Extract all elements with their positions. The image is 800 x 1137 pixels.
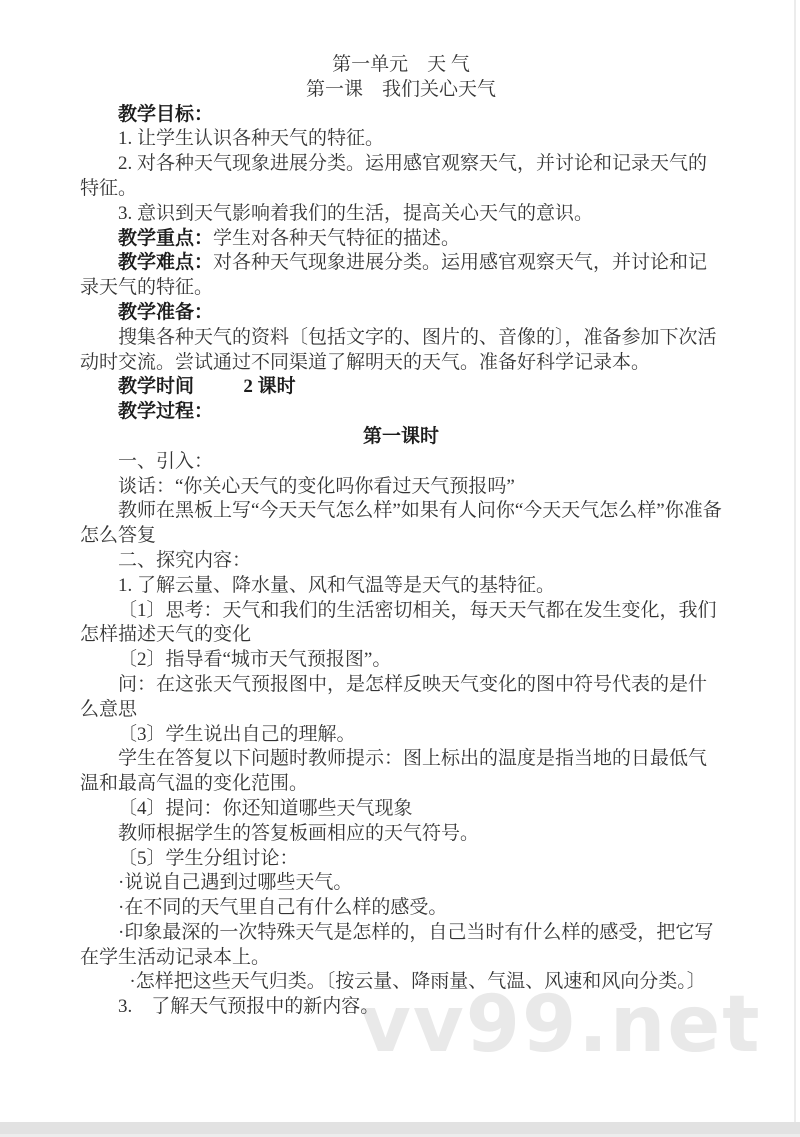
explore-item-3-text: 3. 了解天气预报中的新内容。 [118, 996, 379, 1017]
teaching-time: 教学时间2 课时 [80, 375, 722, 400]
heading-teaching-preparation: 教学准备： [80, 301, 722, 326]
explore-step-5-text: 〔5〕学生分组讨论： [118, 848, 299, 869]
lesson-title: 第一课 我们关心天气 [80, 78, 722, 103]
explore-item-1: 1. 了解云量、降水量、风和气温等是天气的基特征。 [80, 574, 722, 599]
intro-teacher-writes: 教师在黑板上写“今天天气怎么样”如果有人问你“今天天气怎么样”你准备怎么答复 [80, 499, 722, 549]
discussion-bullet-4: ·怎样把这些天气归类。〔按云量、降雨量、气温、风速和风向分类。〕 [80, 970, 722, 995]
page-right-edge [794, 0, 796, 1122]
explore-item-3: 3. 了解天气预报中的新内容。 [80, 995, 722, 1020]
section-1-intro-text: 一、引入： [118, 451, 213, 472]
teaching-focus: 教学重点：学生对各种天气特征的描述。 [80, 227, 722, 252]
heading-teaching-goals: 教学目标： [80, 103, 722, 128]
teacher-draws-symbols: 教师根据学生的答复板画相应的天气符号。 [80, 822, 722, 847]
heading-teaching-process: 教学过程： [80, 400, 722, 425]
explore-step-1: 〔1〕思考：天气和我们的生活密切相关，每天天气都在发生变化，我们怎样描述天气的变… [80, 599, 722, 649]
goal-item-3-text: 3. 意识到天气影响着我们的生活，提高关心天气的意识。 [118, 203, 593, 224]
teaching-focus-label: 教学重点： [118, 228, 213, 249]
teaching-time-label: 教学时间 [118, 376, 194, 397]
unit-title: 第一单元 天 气 [80, 53, 722, 78]
heading-teaching-preparation-text: 教学准备： [118, 302, 213, 323]
section-2-explore: 二、探究内容： [80, 549, 722, 574]
explore-step-4: 〔4〕提问：你还知道哪些天气现象 [80, 797, 722, 822]
discussion-bullet-1: ·说说自己遇到过哪些天气。 [80, 871, 722, 896]
preparation-text: 搜集各种天气的资料〔包括文字的、图片的、音像的〕，准备参加下次活动时交流。尝试通… [80, 326, 722, 376]
explore-step-4-text: 〔4〕提问：你还知道哪些天气现象 [118, 798, 413, 819]
intro-teacher-writes-text: 教师在黑板上写“今天天气怎么样”如果有人问你“今天天气怎么样”你准备怎么答复 [80, 500, 722, 546]
teacher-draws-symbols-text: 教师根据学生的答复板画相应的天气符号。 [118, 823, 479, 844]
discussion-bullet-2-text: ·在不同的天气里自己有什么样的感受。 [118, 897, 447, 918]
section-1-intro: 一、引入： [80, 450, 722, 475]
explore-step-1-text: 〔1〕思考：天气和我们的生活密切相关，每天天气都在发生变化，我们怎样描述天气的变… [80, 600, 717, 646]
discussion-bullet-4-text: ·怎样把这些天气归类。〔按云量、降雨量、气温、风速和风向分类。〕 [129, 971, 705, 992]
teaching-time-value: 2 课时 [243, 376, 295, 397]
teacher-hint: 学生在答复以下问题时教师提示：图上标出的温度是指当地的日最低气温和最高气温的变化… [80, 747, 722, 797]
discussion-bullet-2: ·在不同的天气里自己有什么样的感受。 [80, 896, 722, 921]
explore-step-3: 〔3〕学生说出自己的理解。 [80, 723, 722, 748]
intro-talk: 谈话：“你关心天气的变化吗你看过天气预报吗” [80, 475, 722, 500]
goal-item-1: 1. 让学生认识各种天气的特征。 [80, 127, 722, 152]
explore-question: 问：在这张天气预报图中，是怎样反映天气变化的图中符号代表的是什么意思 [80, 673, 722, 723]
heading-teaching-process-text: 教学过程： [118, 401, 213, 422]
lesson-title-text: 第一课 我们关心天气 [306, 79, 496, 100]
preparation-text-text: 搜集各种天气的资料〔包括文字的、图片的、音像的〕，准备参加下次活动时交流。尝试通… [80, 327, 717, 373]
teacher-hint-text: 学生在答复以下问题时教师提示：图上标出的温度是指当地的日最低气温和最高气温的变化… [80, 748, 707, 794]
footer-scroll-bar [0, 1122, 800, 1134]
teaching-difficulty-label: 教学难点： [118, 252, 213, 273]
teaching-focus-text: 学生对各种天气特征的描述。 [213, 228, 460, 249]
explore-step-2: 〔2〕指导看“城市天气预报图”。 [80, 648, 722, 673]
discussion-bullet-1-text: ·说说自己遇到过哪些天气。 [118, 872, 352, 893]
session-title: 第一课时 [80, 425, 722, 450]
unit-title-text: 第一单元 天 气 [332, 54, 470, 75]
explore-step-3-text: 〔3〕学生说出自己的理解。 [118, 724, 356, 745]
goal-item-2: 2. 对各种天气现象进展分类。运用感官观察天气，并讨论和记录天气的特征。 [80, 152, 722, 202]
explore-step-2-text: 〔2〕指导看“城市天气预报图”。 [118, 649, 391, 670]
intro-talk-text: 谈话：“你关心天气的变化吗你看过天气预报吗” [118, 476, 515, 497]
teaching-difficulty: 教学难点：对各种天气现象进展分类。运用感官观察天气，并讨论和记录天气的特征。 [80, 251, 722, 301]
goal-item-2-text: 2. 对各种天气现象进展分类。运用感官观察天气，并讨论和记录天气的特征。 [80, 153, 707, 199]
explore-item-1-text: 1. 了解云量、降水量、风和气温等是天气的基特征。 [118, 575, 555, 596]
explore-step-5: 〔5〕学生分组讨论： [80, 847, 722, 872]
goal-item-1-text: 1. 让学生认识各种天气的特征。 [118, 128, 384, 149]
goal-item-3: 3. 意识到天气影响着我们的生活，提高关心天气的意识。 [80, 202, 722, 227]
document-body: 第一单元 天 气 第一课 我们关心天气 教学目标： 1. 让学生认识各种天气的特… [80, 53, 722, 1020]
explore-question-text: 问：在这张天气预报图中，是怎样反映天气变化的图中符号代表的是什么意思 [80, 674, 707, 720]
session-title-text: 第一课时 [363, 426, 439, 447]
section-2-explore-text: 二、探究内容： [118, 550, 251, 571]
discussion-bullet-3: ·印象最深的一次特殊天气是怎样的，自己当时有什么样的感受，把它写在学生活动记录本… [80, 921, 722, 971]
discussion-bullet-3-text: ·印象最深的一次特殊天气是怎样的，自己当时有什么样的感受，把它写在学生活动记录本… [80, 922, 713, 968]
heading-teaching-goals-text: 教学目标： [118, 104, 213, 125]
